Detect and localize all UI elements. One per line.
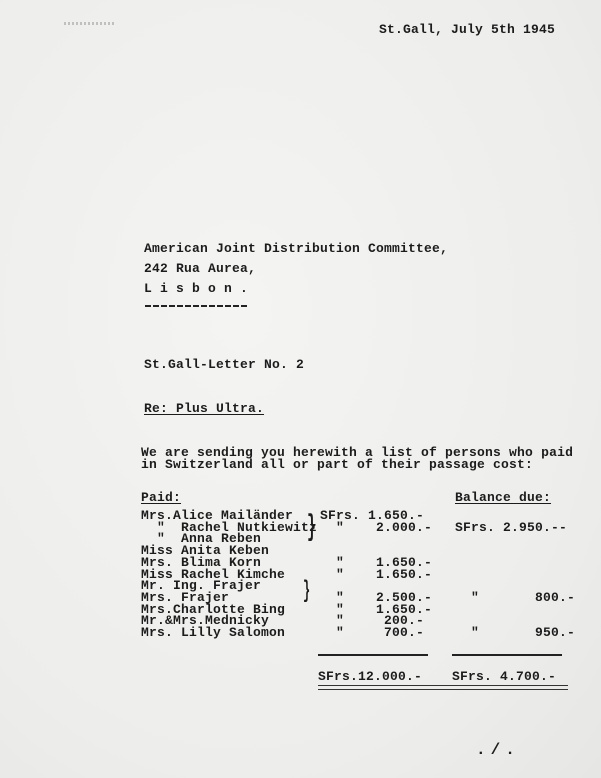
row-balance: " 950.- (455, 626, 575, 639)
subject-line: Re: Plus Ultra. (144, 402, 264, 415)
dateline: St.Gall, July 5th 1945 (379, 23, 555, 36)
group-brace-1: } (307, 513, 316, 543)
total-double-rule (318, 685, 568, 690)
row-paid: " 2.000.- (320, 521, 432, 534)
paid-subtotal-rule (318, 654, 428, 656)
row-balance: " 800.- (455, 591, 575, 604)
total-balance: SFrs. 4.700.- (452, 670, 556, 683)
paid-header: Paid: (141, 491, 181, 504)
archive-stamp-mark (64, 22, 114, 25)
recipient-line-1: American Joint Distribution Committee, (144, 242, 448, 255)
balance-subtotal-rule (452, 654, 562, 656)
group-brace-2: } (303, 580, 310, 604)
row-balance: SFrs. 2.950.-- (455, 521, 567, 534)
letter-reference: St.Gall-Letter No. 2 (144, 358, 304, 371)
row-paid: " 700.- (320, 626, 424, 639)
address-separator (145, 305, 247, 307)
body-line-2: in Switzerland all or part of their pass… (141, 458, 533, 471)
balance-header: Balance due: (455, 491, 551, 504)
row-paid: " 1.650.- (320, 568, 432, 581)
page-continuation-mark: ./. (476, 744, 520, 757)
recipient-line-2: 242 Rua Aurea, (144, 262, 256, 275)
letter-page: St.Gall, July 5th 1945 American Joint Di… (0, 0, 601, 778)
recipient-line-3: L i s b o n . (144, 282, 248, 295)
row-name: Mrs. Lilly Salomon (141, 626, 285, 639)
total-paid: SFrs.12.000.- (318, 670, 422, 683)
